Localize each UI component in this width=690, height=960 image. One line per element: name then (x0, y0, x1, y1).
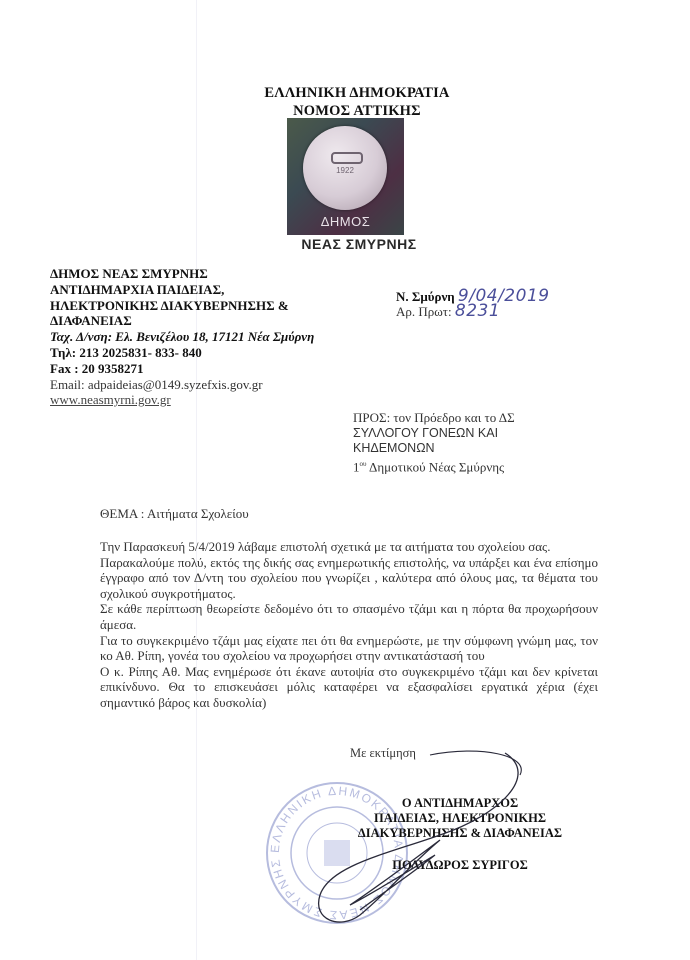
handwritten-signature-icon (300, 745, 530, 935)
sender-municipality: ΔΗΜΟΣ ΝΕΑΣ ΣΜΥΡΝΗΣ (50, 266, 314, 282)
body-paragraph: Την Παρασκευή 5/4/2019 λάβαμε επιστολή σ… (100, 539, 598, 555)
subject-line: ΘΕΜΑ : Αιτήματα Σχολείου (100, 506, 249, 522)
header-republic: ΕΛΛΗΝΙΚΗ ΔΗΜΟΚΡΑΤΙΑ (12, 85, 690, 102)
logo-word: ΔΗΜΟΣ (287, 214, 404, 229)
sender-website-link[interactable]: www.neasmyrni.gov.gr (50, 392, 314, 408)
paper-fold-line (196, 0, 197, 960)
recipient-block: ΠΡΟΣ: τον Πρόεδρο και το ΔΣ ΣΥΛΛΟΓΟΥ ΓΟΝ… (353, 410, 515, 474)
letter-body: Την Παρασκευή 5/4/2019 λάβαμε επιστολή σ… (100, 539, 598, 711)
sender-phone: Τηλ: 213 2025831- 833- 840 (50, 345, 314, 361)
body-paragraph: Ο κ. Ρίπης Αθ. Μας ενημέρωσε ότι έκανε α… (100, 664, 598, 711)
sender-department-2: ΗΛΕΚΤΡΟΝΙΚΗΣ ΔΙΑΚΥΒΕΡΝΗΣΗΣ & (50, 298, 314, 314)
body-paragraph: Παρακαλούμε πολύ, εκτός της δικής σας εν… (100, 555, 598, 602)
place-label: Ν. Σμύρνη (396, 289, 455, 304)
header-city: ΝΕΑΣ ΣΜΥΡΝΗΣ (14, 236, 690, 252)
municipality-logo: 1922 ΔΗΜΟΣ (287, 118, 404, 235)
sender-fax: Fax : 20 9358271 (50, 361, 314, 377)
body-paragraph: Για το συγκεκριμένο τζάμι μας είχατε πει… (100, 633, 598, 664)
ionic-column-icon (331, 152, 363, 164)
recipient-line-3: ΚΗΔΕΜΟΝΩΝ (353, 441, 515, 457)
sender-department-1: ΑΝΤΙΔΗΜΑΡΧΙΑ ΠΑΙΔΕΙΑΣ, (50, 282, 314, 298)
recipient-line-1: ΠΡΟΣ: τον Πρόεδρο και το ΔΣ (353, 410, 515, 426)
handwritten-protocol-number: 8231 (455, 301, 500, 321)
coin-emblem-icon: 1922 (303, 126, 387, 210)
sender-block: ΔΗΜΟΣ ΝΕΑΣ ΣΜΥΡΝΗΣ ΑΝΤΙΔΗΜΑΡΧΙΑ ΠΑΙΔΕΙΑΣ… (50, 266, 314, 408)
recipient-line-2: ΣΥΛΛΟΓΟΥ ΓΟΝΕΩΝ ΚΑΙ (353, 426, 515, 442)
sender-department-3: ΔΙΑΦΑΝΕΙΑΣ (50, 313, 314, 329)
logo-year: 1922 (303, 166, 387, 175)
sender-address: Ταχ. Δ/νση: Ελ. Βενιζέλου 18, 17121 Νέα … (50, 329, 314, 345)
sender-email: Email: adpaideias@0149.syzefxis.gov.gr (50, 377, 314, 393)
document-meta: Ν. Σμύρνη 9/04/2019 Αρ. Πρωτ: 8231 (396, 289, 550, 319)
protocol-label: Αρ. Πρωτ: (396, 304, 452, 319)
body-paragraph: Σε κάθε περίπτωση θεωρείστε δεδομένο ότι… (100, 601, 598, 632)
recipient-line-4: 1ου Δημοτικού Νέας Σμύρνης (353, 457, 515, 475)
